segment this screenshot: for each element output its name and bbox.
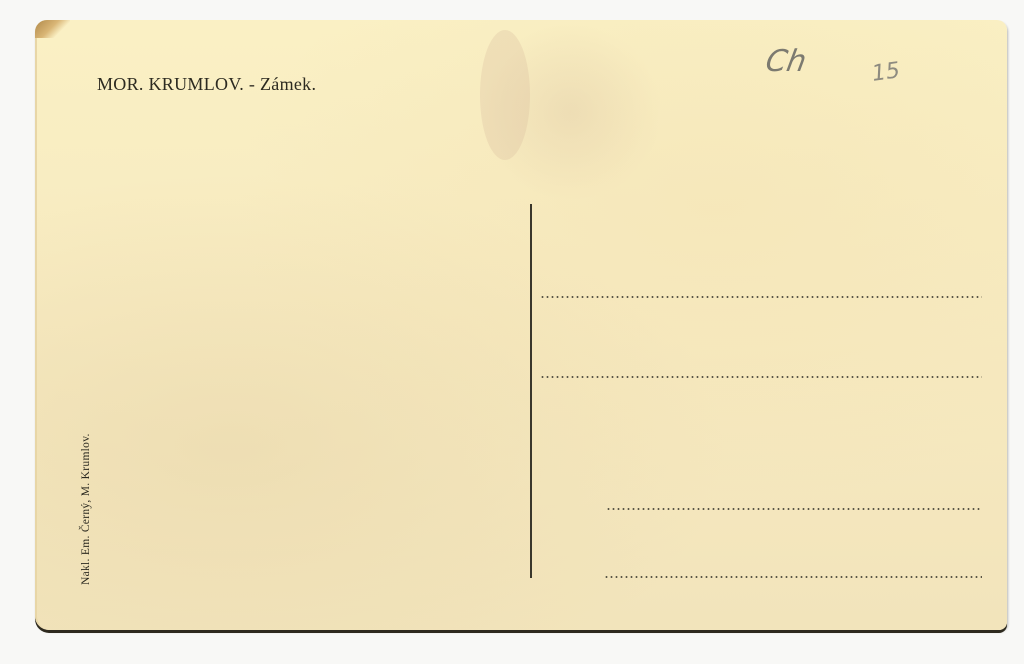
stain — [480, 30, 530, 160]
address-line-3 — [606, 508, 982, 510]
postcard-title: MOR. KRUMLOV. - Zámek. — [97, 74, 316, 95]
address-line-2 — [540, 376, 982, 378]
pencil-note-code: Ch — [763, 44, 809, 79]
publisher-imprint: Nakl. Em. Černý, M. Krumlov. — [80, 433, 92, 585]
pencil-note-number: 15 — [870, 58, 901, 87]
address-line-4 — [604, 576, 982, 578]
address-line-1 — [540, 296, 982, 298]
worn-corner — [35, 20, 70, 38]
message-address-divider — [530, 204, 532, 578]
